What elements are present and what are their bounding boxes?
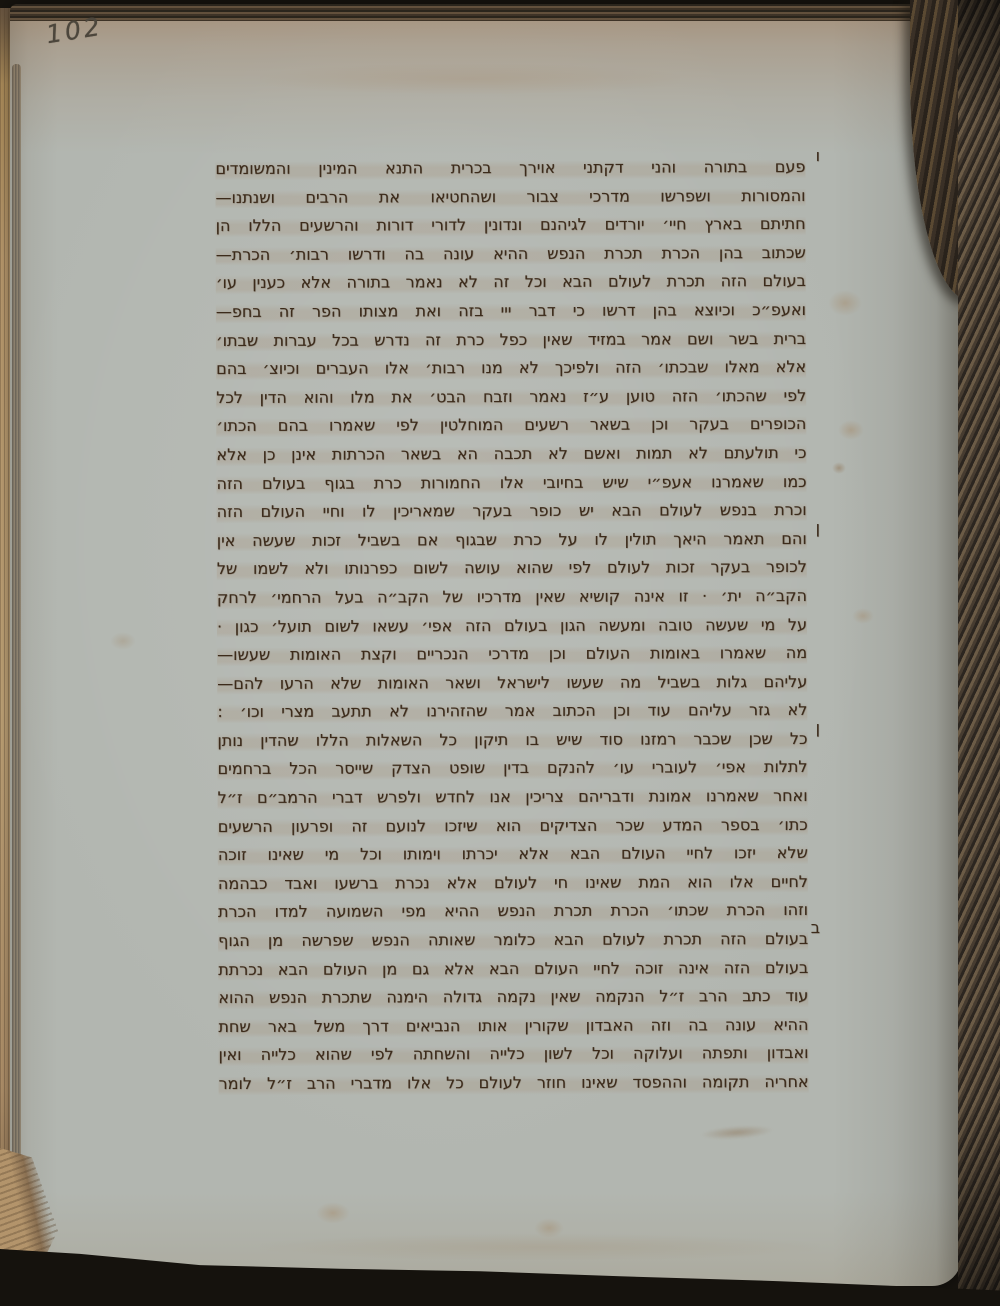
margin-mark: ב [811,918,820,937]
manuscript-line: וכרת בנפש לעולם הבא יש כופר בעקר שמאריכי… [217,496,807,527]
stain [110,632,136,650]
manuscript-line: כל שכן שכבר רמזנו סוד שיש בו תיקון כל הש… [217,725,807,756]
manuscript-line: מה שאמרו באומות העולם וכן מדרכי הנכריים … [217,639,807,670]
stain [838,420,864,440]
manuscript-line: על מי שעשה טובה ומעשה הגון בעולם הזה אפי… [217,610,807,641]
stain [828,290,862,316]
manuscript-line: חתיתם בארץ חיי׳ יורדים לגיהנם ונדונין לד… [216,210,806,241]
manuscript-line: ההיא עונה בה וזה האבדון שקורין אותו הנבי… [218,1011,808,1042]
manuscript-line: לפי שהכתו׳ הזה טוען ע״ז נאמר וזבח הבט׳ א… [216,382,806,413]
stain [316,1202,350,1224]
manuscript-line: עליהם גלות בשביל מה שעשו לישראל ושאר האו… [217,668,807,699]
manuscript-line: הקב״ה ית׳ · זו אינה קושיא שאין מדרכיו של… [217,582,807,613]
manuscript-line: שלא יזכו לחיי העולם הבא אלא יכרתו וימותו… [218,839,808,870]
manuscript-line: והמסורות ושפרשו מדרכי צבור ושהחטיאו את ה… [215,182,805,213]
left-edge-lines [12,64,21,1214]
manuscript-line: בעולם הזה אינה זוכה לחיי העולם הבא אלא ג… [218,954,808,985]
manuscript-text-block: פעם בתורה והני דקתני אוירך בכרית התנא המ… [215,153,808,1099]
manuscript-line: לא גזר עליהם עוד וכן הכתוב אמר שהזהירנו … [217,696,807,727]
manuscript-photo: 102 פעם בתורה והני דקתני אוירך בכרית התנ… [0,0,1000,1306]
manuscript-line: בעולם הזה תכרת לעולם הבא וכל זה לא נאמר … [216,267,806,298]
manuscript-line: כתו׳ בספר המדע שכר הצדיקים הוא שיזכו לנו… [218,811,808,842]
manuscript-line: עוד כתב הרב ז״ל הנקמה שאין נקמה גדולה הי… [218,982,808,1013]
stain [832,462,846,474]
margin-mark: ו [816,146,820,165]
ink-smudge [700,1123,775,1141]
manuscript-line: וזהו הכרת שכתו׳ הכרת תכרת הנפש ההיא מפי … [218,896,808,927]
manuscript-line: ואחר שאמרנו אמונת ודבריהם צריכין אנו לחד… [218,782,808,813]
margin-mark: ן [816,518,820,537]
stain [260,64,680,94]
top-edge-pages [10,4,952,21]
manuscript-line: ברית בשר ושם אמר במזיד שאין כפל כרת זה נ… [216,325,806,356]
manuscript-line: ואעפ״כ וכיוצא בהן דרשו כי דבר ייי בזה וא… [216,296,806,327]
manuscript-line: שכתוב בהן הכרת תכרת הנפש ההיא עונה בה וד… [216,239,806,270]
manuscript-line: הכופרים בעקר וכן בשאר רשעים המוחלטין לפי… [216,410,806,441]
manuscript-line: לחיים אלו הוא המת שאינו חי לעולם אלא נכר… [218,868,808,899]
manuscript-line: ואבדון ותפתה ועלוקה וכל לשון כלייה והשחת… [218,1039,808,1070]
manuscript-line: לתלות אפי׳ לעוברי עו׳ להנקם בדין שופט הצ… [217,753,807,784]
manuscript-line: פעם בתורה והני דקתני אוירך בכרית התנא המ… [215,153,805,184]
margin-mark: ן [816,718,820,737]
manuscript-line: לכופר בעקר זכות לעולם לפי שהוא עושה לשום… [217,553,807,584]
stain [852,608,874,624]
manuscript-page: 102 פעם בתורה והני דקתני אוירך בכרית התנ… [10,4,962,1286]
manuscript-line: והם תאמר היאך תולין לו על כרת שבגוף אם ב… [217,525,807,556]
manuscript-line: אחריה תקומה וההפסד שאינו חוזר לעולם כל א… [219,1068,809,1099]
manuscript-line: אלא מאלו שבכתו׳ הזה ולפיכך לא מנו רבות׳ … [216,353,806,384]
manuscript-line: כי תולעתם לא תמות ואשם לא תכבה הא בשאר ה… [216,439,806,470]
manuscript-line: בעולם הזה תכרת לעולם הבא כלומר שאותה הנפ… [218,925,808,956]
stain [534,1218,564,1238]
stain [260,1234,820,1260]
book-fore-edge [958,0,1000,1306]
manuscript-line: כמו שאמרנו אעפ״י שיש בחיובי אלו החמורות … [216,468,806,499]
